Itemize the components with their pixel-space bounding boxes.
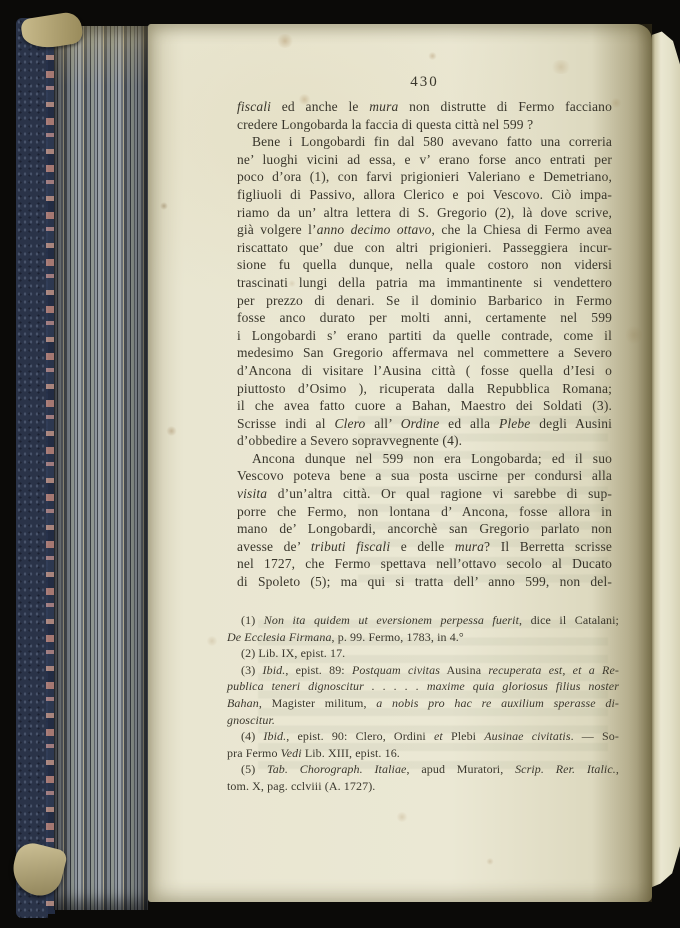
text-line: fosse anco durato per molti anni, certam… bbox=[237, 309, 612, 327]
paragraph: (4) Ibid., epist. 90: Clero, Ordini et P… bbox=[227, 728, 619, 761]
text-line: (4) Ibid., epist. 90: Clero, Ordini et P… bbox=[227, 728, 619, 745]
text-line: Scrisse indi al Clero all’ Ordine ed all… bbox=[237, 415, 612, 433]
photo-of-book-page: { "colors": { "background": "#0b0a08", "… bbox=[0, 0, 680, 928]
foxing-spot bbox=[166, 426, 177, 436]
text-line: (5) Tab. Chorograph. Italiae, apud Murat… bbox=[227, 761, 619, 778]
text-line: (1) Non ita quidem ut eversionem perpess… bbox=[227, 612, 619, 629]
text-line: visita d’un’altra città. Or qual ragione… bbox=[237, 485, 612, 503]
page-number: 430 bbox=[237, 74, 612, 91]
foxing-spot bbox=[206, 636, 218, 646]
text-line: piuttosto d’Osimo ), ricuperata dalla Re… bbox=[237, 380, 612, 398]
text-line: ne’ luoghi vicini ad essa, e v’ erano fo… bbox=[237, 151, 612, 169]
foxing-spot bbox=[428, 52, 437, 60]
foxing-spot bbox=[550, 60, 572, 74]
text-line: mano de’ Longobardi, ancorchè san Gregor… bbox=[237, 520, 612, 538]
paragraph: fiscali ed anche le mura non distrutte d… bbox=[237, 98, 612, 133]
text-line: (2) Lib. IX, epist. 17. bbox=[227, 645, 619, 662]
text-line: il che avea fatto cuore a Bahan, Maestro… bbox=[237, 397, 612, 415]
text-line: trascinati lungi della patria ma immanti… bbox=[237, 274, 612, 292]
text-line: di Spoleto (5); ma qui si tratta dell’ a… bbox=[237, 573, 612, 591]
paragraph: (3) Ibid., epist. 89: Postquam civitas A… bbox=[227, 662, 619, 728]
text-line: tom. X, pag. cclviii (A. 1727). bbox=[227, 778, 619, 795]
text-line: avesse de’ tributi fiscali e delle mura?… bbox=[237, 538, 612, 556]
paragraph: Bene i Longobardi fin dal 580 avevano fa… bbox=[237, 133, 612, 450]
paragraph: Ancona dunque nel 599 non era Longobarda… bbox=[237, 450, 612, 591]
paragraph: (2) Lib. IX, epist. 17. bbox=[227, 645, 619, 662]
text-line: d’Ancona di visitare l’Ausina città ( fo… bbox=[237, 362, 612, 380]
text-line: pra Fermo Vedi Lib. XIII, epist. 16. bbox=[227, 745, 619, 762]
text-line: già volgere l’anno decimo ottavo, che la… bbox=[237, 221, 612, 239]
text-line: porre che Fermo, non lontana d’ Ancona, … bbox=[237, 503, 612, 521]
text-line: riscattato que’ due con altri prigionier… bbox=[237, 239, 612, 257]
text-line: medesimo San Gregorio affermava nel comm… bbox=[237, 344, 612, 362]
text-line: i Longobardi s’ erano partiti da quelle … bbox=[237, 327, 612, 345]
page-block-fore-edge bbox=[54, 26, 148, 910]
foxing-spot bbox=[486, 858, 494, 865]
book-page: 430 fiscali ed anche le mura non distrut… bbox=[148, 24, 652, 902]
foxing-spot bbox=[626, 324, 642, 346]
text-line: publica teneri dignoscitur . . . . . max… bbox=[227, 678, 619, 695]
footnotes: (1) Non ita quidem ut eversionem perpess… bbox=[227, 612, 619, 795]
text-line: gnoscitur. bbox=[227, 712, 619, 729]
text-line: riamo da un’ altra lettera di S. Gregori… bbox=[237, 204, 612, 222]
text-line: sione fu quella dunque, nella quale cost… bbox=[237, 256, 612, 274]
book-cover-edge bbox=[16, 18, 48, 918]
foxing-spot bbox=[276, 34, 294, 48]
text-line: d’obbedire a Severo sopravvegnente (4). bbox=[237, 432, 612, 450]
text-line: per prezzo di denari. Se il dominio Barb… bbox=[237, 292, 612, 310]
text-line: poco d’ora (1), con farvi prigionieri Va… bbox=[237, 168, 612, 186]
foxing-spot bbox=[396, 812, 408, 822]
text-line: credere Longobarda la faccia di questa c… bbox=[237, 116, 612, 134]
paragraph: (5) Tab. Chorograph. Italiae, apud Murat… bbox=[227, 761, 619, 794]
text-line: Vescovo poteva bene a sua posta uscirne … bbox=[237, 467, 612, 485]
text-line: Ancona dunque nel 599 non era Longobarda… bbox=[237, 450, 612, 468]
text-line: fiscali ed anche le mura non distrutte d… bbox=[237, 98, 612, 116]
text-line: De Ecclesia Firmana, p. 99. Fermo, 1783,… bbox=[227, 629, 619, 646]
facing-page-sliver bbox=[652, 28, 680, 894]
foxing-spot bbox=[160, 202, 168, 210]
text-line: Bahan, Magister militum, a nobis pro hac… bbox=[227, 695, 619, 712]
text-line: figliuoli di Passivo, allora Clerico e p… bbox=[237, 186, 612, 204]
body-text: fiscali ed anche le mura non distrutte d… bbox=[237, 98, 612, 591]
text-line: nel 1727, che Fermo spettava nell’ottavo… bbox=[237, 555, 612, 573]
paragraph: (1) Non ita quidem ut eversionem perpess… bbox=[227, 612, 619, 645]
text-line: (3) Ibid., epist. 89: Postquam civitas A… bbox=[227, 662, 619, 679]
text-line: Bene i Longobardi fin dal 580 avevano fa… bbox=[237, 133, 612, 151]
